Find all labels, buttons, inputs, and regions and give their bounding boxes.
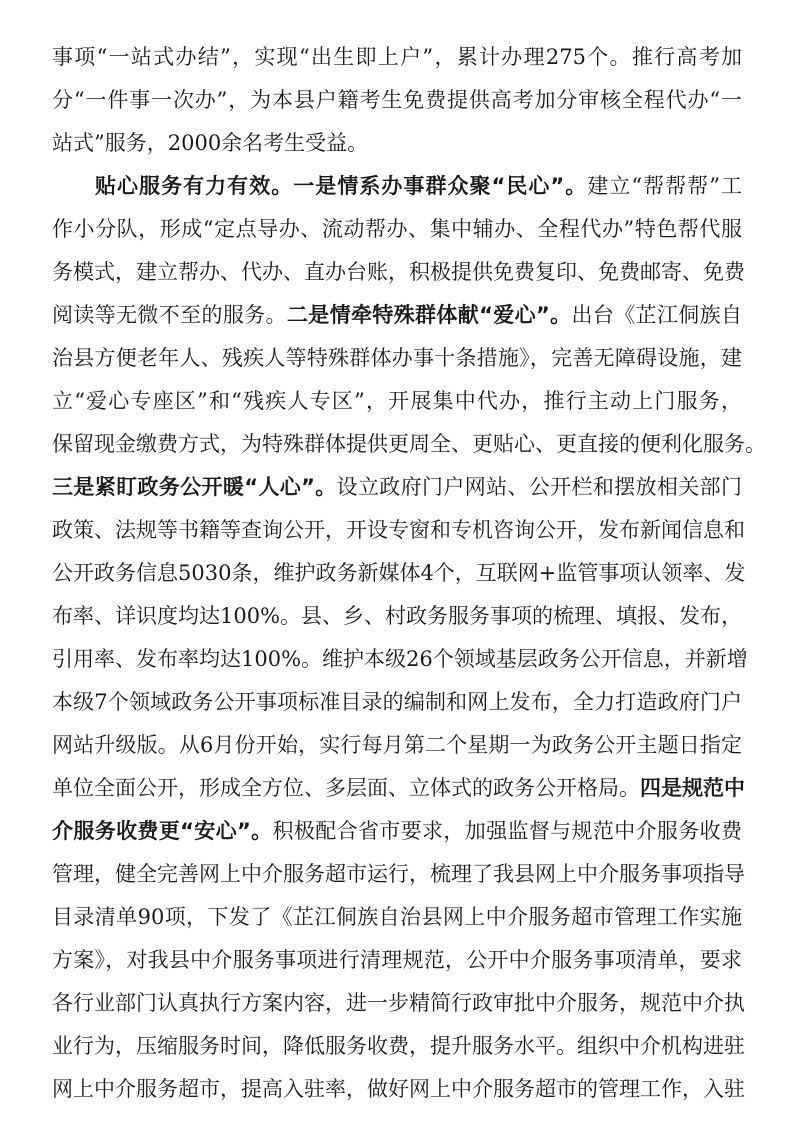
body-text: 积极配合省市要求，加强监督与规范中介服务收费 bbox=[273, 819, 742, 843]
document-page: 事项“一站式办结”，实现“出生即上户”，累计办理275个。推行高考加分“一件事一… bbox=[0, 0, 793, 1122]
bold-heading-text: 二是情牵特殊群体献“爱心”。 bbox=[287, 303, 572, 327]
text-line: 阅读等无微不至的服务。二是情牵特殊群体献“爱心”。出台《芷江侗族自 bbox=[52, 298, 742, 332]
text-line: 方案》，对我县中介服务事项进行清理规范，公开中介服务事项清单，要求 bbox=[52, 943, 742, 977]
body-text: 政策、法规等书籍等查询公开，开设专窗和专机咨询公开，发布新闻信息和 bbox=[52, 518, 745, 542]
body-text: 网站升级版。从6月份开始，实行每月第二个星期一为政务公开主题日指定 bbox=[52, 733, 742, 757]
bold-heading-text: 四是规范中 bbox=[640, 776, 745, 800]
body-text: 公开政务信息5030条，维护政务新媒体4个，互联网+监管事项认领率、发 bbox=[52, 561, 745, 585]
text-line: 保留现金缴费方式，为特殊群体提供更周全、更贴心、更直接的便利化服务。 bbox=[52, 427, 742, 461]
text-line: 政策、法规等书籍等查询公开，开设专窗和专机咨询公开，发布新闻信息和 bbox=[52, 513, 742, 547]
body-text: 务模式，建立帮办、代办、直办台账，积极提供免费复印、免费邮寄、免费 bbox=[52, 260, 745, 284]
body-text: 单位全面公开，形成全方位、多层面、立体式的政务公开格局。 bbox=[52, 776, 640, 800]
body-text: 设立政府门户网站、公开栏和摆放相关部门 bbox=[337, 475, 742, 499]
text-line: 布率、详识度均达100%。县、乡、村政务服务事项的梳理、填报、发布， bbox=[52, 599, 742, 633]
text-line: 治县方便老年人、残疾人等特殊群体办事十条措施》，完善无障碍设施，建 bbox=[52, 341, 742, 375]
body-text: 出台《芷江侗族自 bbox=[572, 303, 743, 327]
text-line: 目录清单90项，下发了《芷江侗族自治县网上中介服务超市管理工作实施 bbox=[52, 900, 742, 934]
body-text: 立“爱心专座区”和“残疾人专区”，开展集中代办，推行主动上门服务， bbox=[52, 389, 742, 413]
body-text: 站式”服务，2000余名考生受益。 bbox=[52, 131, 368, 155]
text-line: 业行为，压缩服务时间，降低服务收费，提升服务水平。组织中介机构进驻 bbox=[52, 1029, 742, 1063]
text-line: 各行业部门认真执行方案内容，进一步精简行政审批中介服务，规范中介执 bbox=[52, 986, 742, 1020]
bold-heading-text: 介服务收费更“安心”。 bbox=[52, 819, 273, 843]
body-text: 事项“一站式办结”，实现“出生即上户”，累计办理275个。推行高考加 bbox=[52, 45, 742, 69]
text-line: 事项“一站式办结”，实现“出生即上户”，累计办理275个。推行高考加 bbox=[52, 40, 742, 74]
body-text: 业行为，压缩服务时间，降低服务收费，提升服务水平。组织中介机构进驻 bbox=[52, 1034, 745, 1058]
text-line: 管理，健全完善网上中介服务超市运行，梳理了我县网上中介服务事项指导 bbox=[52, 857, 742, 891]
text-line: 分“一件事一次办”，为本县户籍考生免费提供高考加分审核全程代办“一 bbox=[52, 83, 742, 117]
text-line: 作小分队，形成“定点导办、流动帮办、集中辅办、全程代办”特色帮代服 bbox=[52, 212, 742, 246]
body-text: 作小分队，形成“定点导办、流动帮办、集中辅办、全程代办”特色帮代服 bbox=[52, 217, 742, 241]
text-line: 本级7个领域政务公开事项标准目录的编制和网上发布，全力打造政府门户 bbox=[52, 685, 742, 719]
text-line: 单位全面公开，形成全方位、多层面、立体式的政务公开格局。四是规范中 bbox=[52, 771, 742, 805]
body-text: 管理，健全完善网上中介服务超市运行，梳理了我县网上中介服务事项指导 bbox=[52, 862, 745, 886]
body-text: 本级7个领域政务公开事项标准目录的编制和网上发布，全力打造政府门户 bbox=[52, 690, 742, 714]
text-line: 三是紧盯政务公开暖“人心”。设立政府门户网站、公开栏和摆放相关部门 bbox=[52, 470, 742, 504]
text-line: 介服务收费更“安心”。积极配合省市要求，加强监督与规范中介服务收费 bbox=[52, 814, 742, 848]
body-text: 布率、详识度均达100%。县、乡、村政务服务事项的梳理、填报、发布， bbox=[52, 604, 742, 628]
text-line: 务模式，建立帮办、代办、直办台账，积极提供免费复印、免费邮寄、免费 bbox=[52, 255, 742, 289]
text-line: 贴心服务有力有效。一是情系办事群众聚“民心”。建立“帮帮帮”工 bbox=[95, 169, 742, 203]
bold-heading-text: 三是紧盯政务公开暖“人心”。 bbox=[52, 475, 337, 499]
body-text: 网上中介服务超市，提高入驻率，做好网上中介服务超市的管理工作，入驻 bbox=[52, 1077, 745, 1101]
text-line: 站式”服务，2000余名考生受益。 bbox=[52, 126, 742, 160]
body-text: 建立“帮帮帮”工 bbox=[587, 174, 742, 198]
text-line: 网上中介服务超市，提高入驻率，做好网上中介服务超市的管理工作，入驻 bbox=[52, 1072, 742, 1106]
body-text: 保留现金缴费方式，为特殊群体提供更周全、更贴心、更直接的便利化服务。 bbox=[52, 432, 766, 456]
body-text: 阅读等无微不至的服务。 bbox=[52, 303, 287, 327]
bold-heading-text: 贴心服务有力有效。一是情系办事群众聚“民心”。 bbox=[95, 174, 587, 198]
body-text: 治县方便老年人、残疾人等特殊群体办事十条措施》，完善无障碍设施，建 bbox=[52, 346, 742, 370]
body-text: 分“一件事一次办”，为本县户籍考生免费提供高考加分审核全程代办“一 bbox=[52, 88, 742, 112]
text-line: 立“爱心专座区”和“残疾人专区”，开展集中代办，推行主动上门服务， bbox=[52, 384, 742, 418]
text-line: 公开政务信息5030条，维护政务新媒体4个，互联网+监管事项认领率、发 bbox=[52, 556, 742, 590]
text-line: 网站升级版。从6月份开始，实行每月第二个星期一为政务公开主题日指定 bbox=[52, 728, 742, 762]
text-line: 引用率、发布率均达100%。维护本级26个领域基层政务公开信息，并新增 bbox=[52, 642, 742, 676]
body-text: 方案》，对我县中介服务事项进行清理规范，公开中介服务事项清单，要求 bbox=[52, 948, 742, 972]
body-text: 目录清单90项，下发了《芷江侗族自治县网上中介服务超市管理工作实施 bbox=[52, 905, 742, 929]
body-text: 各行业部门认真执行方案内容，进一步精简行政审批中介服务，规范中介执 bbox=[52, 991, 745, 1015]
body-text: 引用率、发布率均达100%。维护本级26个领域基层政务公开信息，并新增 bbox=[52, 647, 748, 671]
